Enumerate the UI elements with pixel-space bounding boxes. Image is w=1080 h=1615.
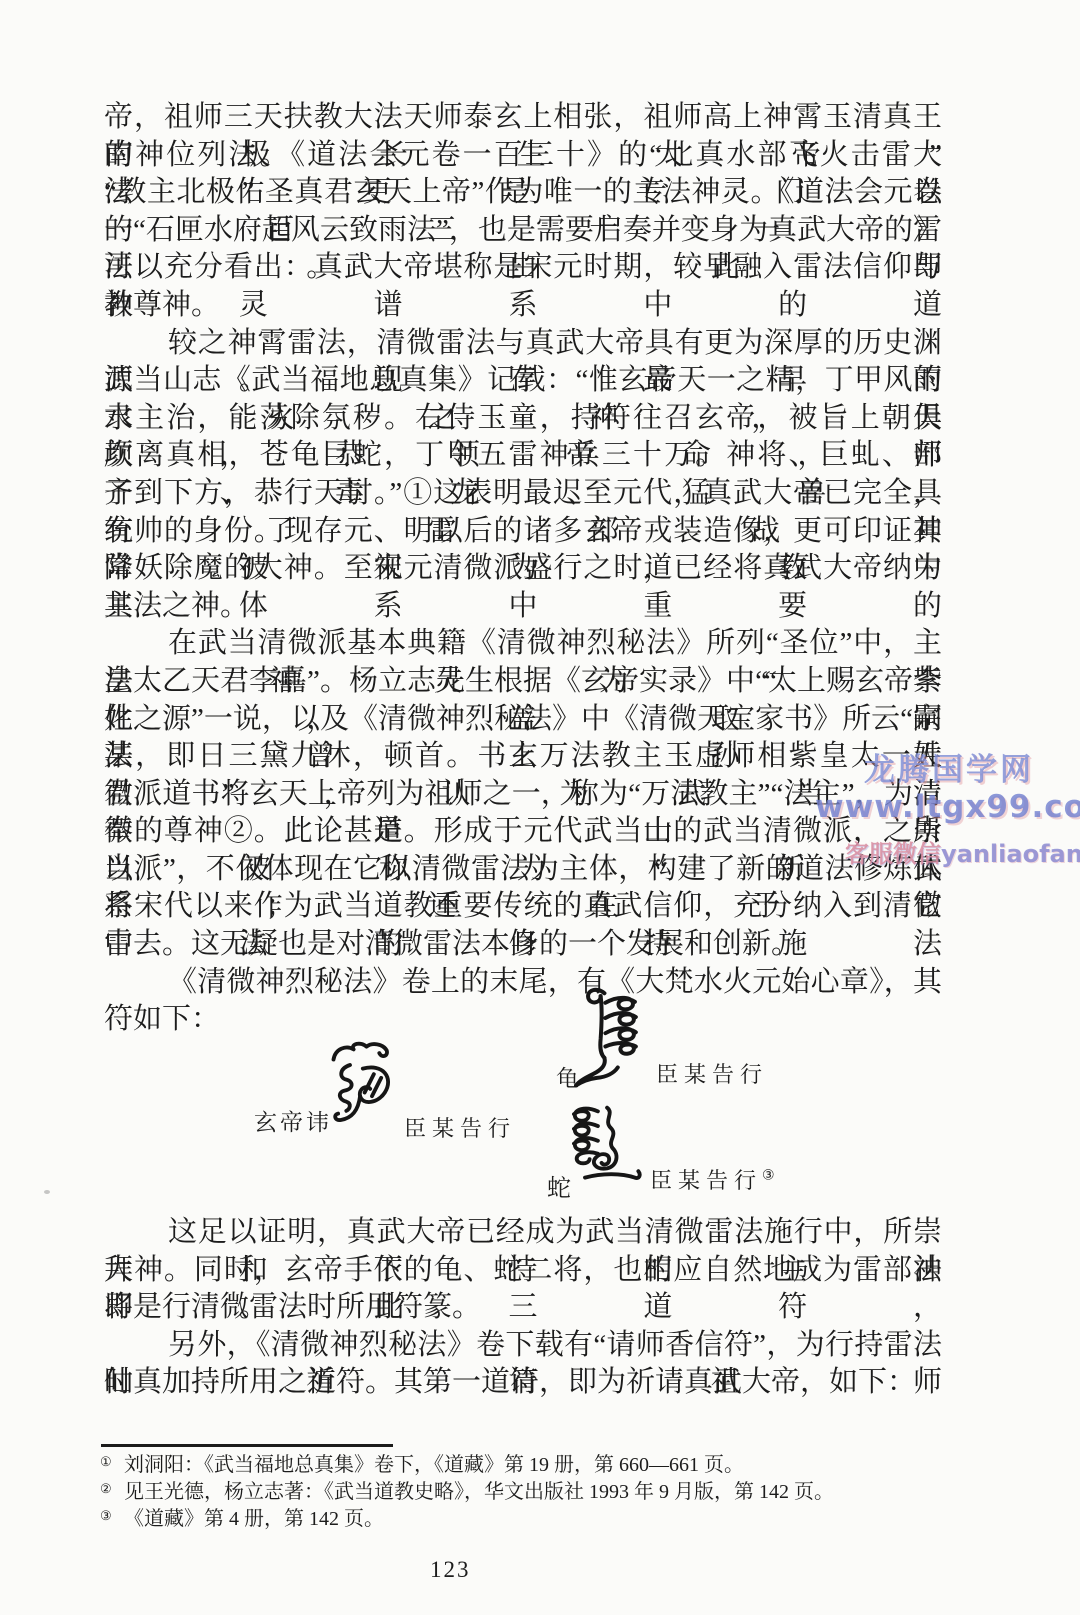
text-line: 坎离真相，苍龟巨蛇，丁甲五雷神兵三十万。神将、巨虬、师子、毒龙、猛兽， — [104, 437, 942, 475]
text-line: 这足以证明，真武大帝已经成为武当清微雷法施行中，所崇拜和依恃的主法 — [104, 1214, 942, 1252]
footnote-item: ② 见王光德，杨立志著：《武当道教史略》，华文出版社 1993 年 9 月版，第… — [100, 1479, 880, 1506]
text-line: 仙真加持所用之道符。其第一道符，即为祈请真武大帝，如下： — [104, 1364, 942, 1402]
text-line: 齐到下方，恭行天讨。”①这表明最迟至元代，真武大帝已完全具有了雷部战神 — [104, 475, 942, 513]
text-line: 奉的尊神②。此论甚是。形成于元代武当山的武当清微派，之所以被称为“新武 — [104, 813, 942, 851]
text-line: 微派道书将玄天上帝列为祖师之一，称为“万法教主”“法主”，为清微道士崇 — [104, 776, 942, 814]
body-text-lower: 这足以证明，真武大帝已经成为武当清微雷法施行中，所崇拜和依恃的主法 大神。同时，… — [104, 1214, 942, 1402]
talisman-snake-right-label: 臣某告行③ — [650, 1164, 775, 1195]
text-line: 帝，祖师三天扶教大法天师泰玄上相张，祖师高上神霄玉清真王南极长生大帝” — [104, 99, 942, 137]
text-line: 降妖除魔的大神。至宋元清微派盛行之时，已经将真武大帝纳为其体系中重要的 — [104, 550, 942, 588]
text-line: 将宋代以来作为武当道教重要传统的真武信仰，充分纳入到清微雷法的修持施法 — [104, 888, 942, 926]
footnote-text: 《道藏》第 4 册，第 142 页。 — [124, 1506, 384, 1533]
text-line: 当派”，不仅体现在它以清微雷法为主体，构建了新的道法修炼体系；还在于它 — [104, 851, 942, 889]
scanned-book-page: 帝，祖师三天扶教大法天师泰玄上相张，祖师高上神霄玉清真王南极长生大帝” 的神位列… — [0, 0, 1080, 1615]
page-number: 123 — [430, 1557, 471, 1583]
text-line: 大神。同时，玄帝手下的龟、蛇二将，也相应自然地成为雷部神将。此三道符， — [104, 1252, 942, 1290]
footnote-item: ① 刘洞阳：《武当福地总真集》卷下，《道藏》第 19 册，第 660—661 页… — [100, 1452, 880, 1479]
text-line: 武当山志《武当福地总真集》记载：“惟玄帝天一之精，丁甲风雨水火之神，俱 — [104, 362, 942, 400]
text-line: 在武当清微派基本典籍《清微神烈秘法》所列“圣位”中，主法神灵为“紫 — [104, 625, 942, 663]
talisman-xuandi-glyph — [328, 1040, 394, 1134]
talisman-turtle-right-label: 臣某告行 — [656, 1058, 768, 1089]
footnote-item: ③ 《道藏》第 4 册，第 142 页。 — [100, 1506, 880, 1533]
talisman-xuandi-left-label: 玄帝讳 — [254, 1104, 332, 1137]
talisman-snake-left-label: 蛇 — [547, 1168, 571, 1203]
footnote-text: 刘洞阳：《武当福地总真集》卷下，《道藏》第 19 册，第 660—661 页。 — [124, 1452, 744, 1479]
text-line: “教主北极佑圣真君玄天上帝”作为唯一的主法神灵。《道法会元卷一百三十一》 — [104, 174, 942, 212]
footnote-text: 见王光德，杨立志著：《武当道教史略》，华文出版社 1993 年 9 月版，第 1… — [124, 1479, 834, 1506]
footnote-marker: ③ — [100, 1506, 124, 1526]
text-line: 化之源”一说，以及《清微神烈秘法》中《清微天宝家书》所云“嗣法曾玄孙姓 — [104, 701, 942, 739]
talisman-xuandi-right-label: 臣某告行 — [404, 1112, 516, 1143]
text-line: 皇太乙天君李嚞”。杨立志先生根据《玄帝实录》中“太上赐玄帝李姓，盖取宗 — [104, 663, 942, 701]
text-line: 的“石匣水府起风云致雨法”，也是需要启奏并变身为真武大帝的雷法。由此即 — [104, 212, 942, 250]
footnote-divider — [101, 1444, 393, 1447]
text-line: 某，即日三黛九沐，顿首。书上万法教主玉虚师相紫皇太一天君”，认为武当清 — [104, 738, 942, 776]
watermark-contact-id: yanliaofan225 — [941, 840, 1080, 868]
footnote-marker: ① — [100, 1452, 124, 1472]
text-line: 可以充分看出：真武大帝堪称是宋元时期，较早融入雷法信仰与神灵谱系中的道 — [104, 249, 942, 287]
text-line: 隶主治，能荡除氛秽。右侍玉童，持符往召玄帝，被旨上朝天颜，恭领帝命，部 — [104, 400, 942, 438]
footnotes: ① 刘洞阳：《武当福地总真集》卷下，《道藏》第 19 册，第 660—661 页… — [100, 1452, 880, 1533]
text-line: 《清微神烈秘法》卷上的末尾，有《大梵水火元始心章》，其符如下： — [104, 964, 942, 1002]
body-text-upper: 帝，祖师三天扶教大法天师泰玄上相张，祖师高上神霄玉清真王南极长生大帝” 的神位列… — [104, 99, 942, 1001]
text-line: 统帅的身份。现存元、明以后的诸多玄帝戎装造像，更可印证其常被视为道教中 — [104, 513, 942, 551]
text-line: 较之神霄雷法，清微雷法与真武大帝具有更为深厚的历史渊源。现存最早的 — [104, 325, 942, 363]
talisman-snake-glyph — [572, 1104, 644, 1196]
scan-speck — [44, 1190, 50, 1194]
talisman-turtle-glyph — [574, 984, 652, 1090]
footnote-ref-3: ③ — [762, 1169, 775, 1184]
text-line: 另外，《清微神烈秘法》卷下载有“请师香信符”，为行持雷法时祈请祖师 — [104, 1327, 942, 1365]
footnote-marker: ② — [100, 1479, 124, 1499]
text-line: 的神位列法。《道法会元卷一百三十》的“北真水部飞火击雷大法”更是专门以 — [104, 137, 942, 175]
